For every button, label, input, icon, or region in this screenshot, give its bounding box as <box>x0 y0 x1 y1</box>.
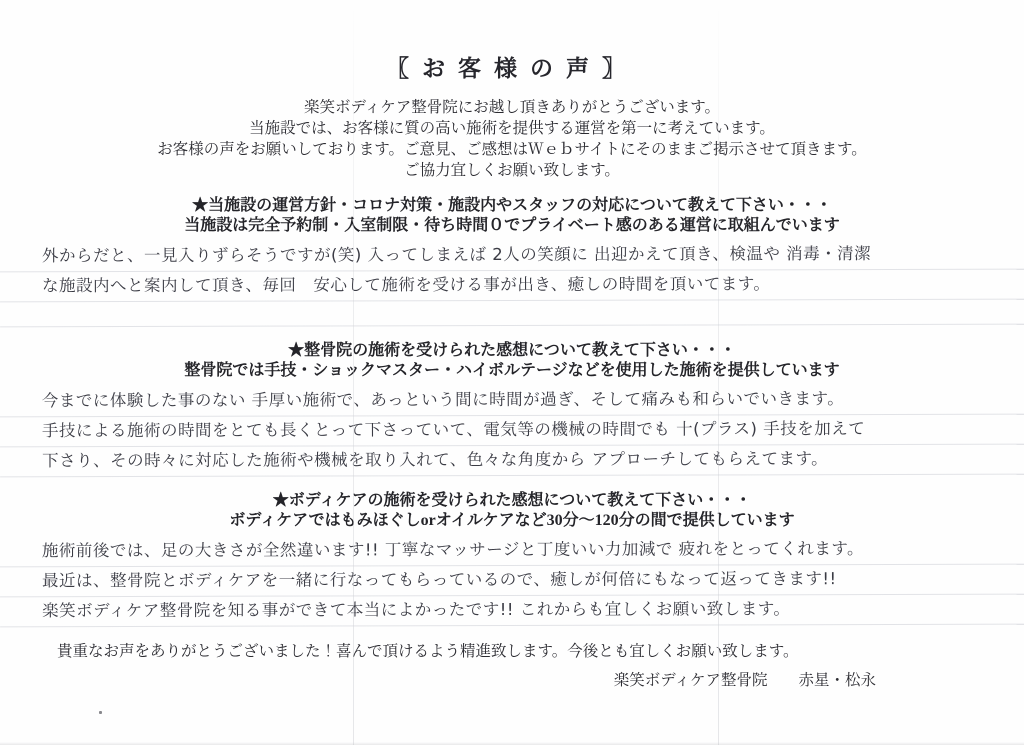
section-subtitle: 整骨院では手技・ショックマスター・ハイボルテージなどを使用した施術を提供していま… <box>0 361 1024 381</box>
handwritten-answer: 施術前後では、足の大きさが全然違います!! 丁寧なマッサージと丁度いい力加減で … <box>0 535 1024 628</box>
handwritten-answer: 外からだと、一見入りずらそうですが(笑) 入ってしまえば 2人の笑顔に 出迎かえ… <box>0 240 1024 328</box>
handwritten-line: 最近は、整骨院とボディケアを一緒に行なってもらっているので、癒しが何倍にもなって… <box>0 565 1024 598</box>
intro-line: 当施設では、お客様に質の高い施術を提供する運営を第一に考えています。 <box>0 118 1024 139</box>
section-question: ★整骨院の施術を受けられた感想について教えて下さい・・・ <box>0 341 1024 361</box>
section-subtitle: 当施設は完全予約制・入室制限・待ち時間０でプライベート感のある運営に取組んでいま… <box>0 216 1024 236</box>
section-bodycare-treatment: ★ボディケアの施術を受けられた感想について教えて下さい・・・ ボディケアではもみ… <box>0 491 1024 626</box>
handwritten-answer: 今までに体験した事のない 手厚い施術で、あっという間に時間が過ぎ、そして痛みも和… <box>0 385 1024 478</box>
intro-line: ご協力宜しくお願い致します。 <box>0 160 1024 181</box>
handwritten-line: な施設内へと案内して頂き、毎回 安心して施術を受ける事が出き、癒しの時間を頂いて… <box>0 270 1024 303</box>
intro-paragraph: 楽笑ボディケア整骨院にお越し頂きありがとうございます。 当施設では、お客様に質の… <box>0 97 1024 181</box>
handwritten-line: 楽笑ボディケア整骨院を知る事ができて本当によかったです!! これからも宜しくお願… <box>0 595 1024 628</box>
section-seikotsuin-treatment: ★整骨院の施術を受けられた感想について教えて下さい・・・ 整骨院では手技・ショッ… <box>0 341 1024 476</box>
intro-line: お客様の声をお願いしております。ご意見、ご感想はＷｅｂサイトにそのままご掲示させ… <box>0 139 1024 160</box>
section-facility-policy: ★当施設の運営方針・コロナ対策・施設内やスタッフの対応について教えて下さい・・・… <box>0 196 1024 326</box>
handwritten-line: 施術前後では、足の大きさが全然違います!! 丁寧なマッサージと丁度いい力加減で … <box>0 535 1024 568</box>
section-question: ★当施設の運営方針・コロナ対策・施設内やスタッフの対応について教えて下さい・・・ <box>0 196 1024 216</box>
ruled-line-empty <box>0 300 1024 328</box>
handwritten-line: 下さり、その時々に対応した施術や機械を取り入れて、色々な角度から アプローチして… <box>0 445 1024 478</box>
handwritten-line: 手技による施術の時間をとても長くとって下さっていて、電気等の機械の時間でも 十(… <box>0 415 1024 448</box>
section-subtitle: ボディケアではもみほぐしorオイルケアなど30分～120分の間で提供しています <box>0 511 1024 531</box>
scan-speck <box>99 711 102 714</box>
closing-thanks: 貴重なお声をありがとうございました！喜んで頂けるよう精進致します。今後とも宜しく… <box>0 639 1024 661</box>
intro-line: 楽笑ボディケア整骨院にお越し頂きありがとうございます。 <box>0 97 1024 118</box>
section-question: ★ボディケアの施術を受けられた感想について教えて下さい・・・ <box>0 491 1024 511</box>
handwritten-line: 外からだと、一見入りずらそうですが(笑) 入ってしまえば 2人の笑顔に 出迎かえ… <box>0 240 1024 273</box>
page-title: 〖お客様の声〗 <box>0 50 1024 83</box>
clinic-signature: 楽笑ボディケア整骨院 赤星・松永 <box>0 668 1024 690</box>
handwritten-line: 今までに体験した事のない 手厚い施術で、あっという間に時間が過ぎ、そして痛みも和… <box>0 385 1024 418</box>
scanned-feedback-sheet: 〖お客様の声〗 楽笑ボディケア整骨院にお越し頂きありがとうございます。 当施設で… <box>0 0 1024 745</box>
